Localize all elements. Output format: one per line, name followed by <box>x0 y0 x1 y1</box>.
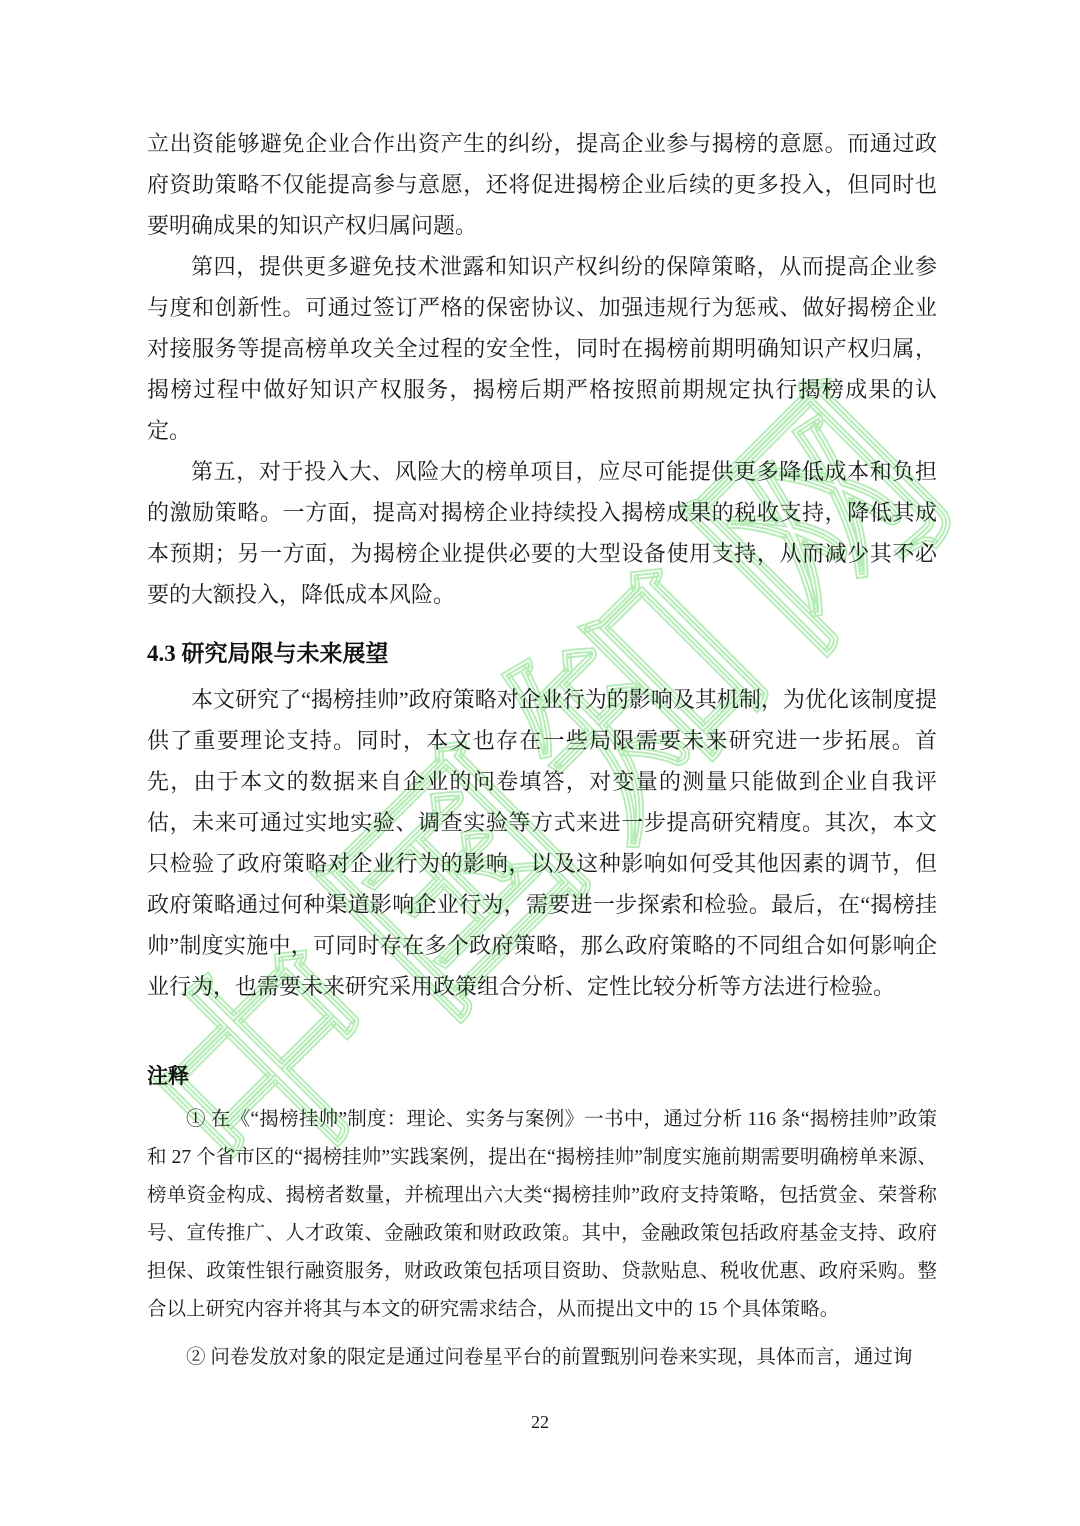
paragraph-fourth-point: 第四，提供更多避免技术泄露和知识产权纠纷的保障策略，从而提高企业参与度和创新性。… <box>147 246 937 451</box>
section-heading: 4.3 研究局限与未来展望 <box>147 637 937 671</box>
note-item-2: ② 问卷发放对象的限定是通过问卷星平台的前置甄别问卷来实现，具体而言，通过询 <box>147 1339 937 1377</box>
page-content: 立出资能够避免企业合作出资产生的纠纷，提高企业参与揭榜的意愿。而通过政府资助策略… <box>147 123 937 1377</box>
page-number: 22 <box>0 1412 1080 1433</box>
document-page: 中国知网 立出资能够避免企业合作出资产生的纠纷，提高企业参与揭榜的意愿。而通过政… <box>0 0 1080 1526</box>
notes-heading: 注释 <box>147 1061 937 1091</box>
note-item-1: ① 在《“揭榜挂帅”制度：理论、实务与案例》一书中，通过分析 116 条“揭榜挂… <box>147 1101 937 1329</box>
paragraph-limitations: 本文研究了“揭榜挂帅”政府策略对企业行为的影响及其机制，为优化该制度提供了重要理… <box>147 679 937 1007</box>
paragraph-continuation: 立出资能够避免企业合作出资产生的纠纷，提高企业参与揭榜的意愿。而通过政府资助策略… <box>147 123 937 246</box>
paragraph-fifth-point: 第五，对于投入大、风险大的榜单项目，应尽可能提供更多降低成本和负担的激励策略。一… <box>147 451 937 615</box>
